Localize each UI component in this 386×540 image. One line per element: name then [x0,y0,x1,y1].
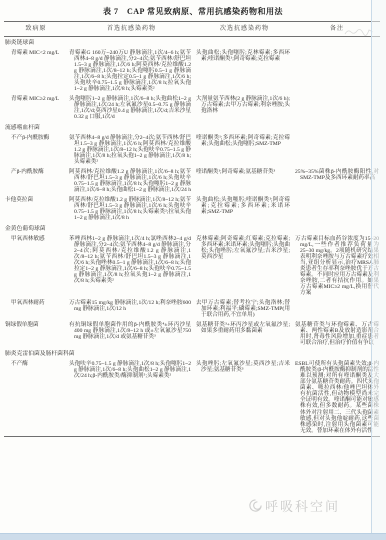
page-edge-shading [372,0,386,540]
first-choice-drugs: 苯唑西林1~2 g 静脉滴注,1次/4 h;氯唑西林2~4 g/d 静脉滴注,分… [68,234,195,298]
pathogen-group-name: 流感嗜血杆菌 [4,122,380,133]
remark-text: 25%~35%菌株β-内酰胺酶阳性,对SMZ-TMP及多西环素耐药率高 [294,167,380,195]
bottom-scan-bar [0,533,386,540]
second-choice-drugs: 去甲万古霉素;替考拉宁;头孢洛林;替加环素;利福平;磷霉素;SMZ-TMP(用于… [195,299,294,321]
table-row: 不产β-内酰胺酶氨苄西林4~8 g/d 静脉滴注,分2~4次;氨苄西林/舒巴坦1… [4,133,380,167]
watermark: 呼吸科空间 [248,496,340,515]
table-row: 不产酶头孢呋辛0.75~1.5 g 静脉滴注,1次/8 h;头孢噻肟1~2 g … [4,359,380,436]
second-choice-drugs: 大剂量氨苄西林(2 g 静脉滴注,1次/6 h);万古霉素;去甲万古霉素;利奈唑… [195,94,294,122]
pencil-scribble-decoration [344,24,374,42]
pathogen-name: 甲氧西林敏感 [4,234,68,298]
table-row: 青霉素 MIC<2 mg/L青霉素G 160万~240万U 静脉滴注,1次/4~… [4,48,380,94]
col-header-pathogen: 致病原 [4,22,68,37]
page-edge-line [371,0,372,540]
table-title: 表 7 CAP 常见致病原、常用抗感染药物和用法 [0,0,386,17]
second-choice-drugs: 头孢曲松;头孢噻肟;喹诺酮类¹;阿奇霉素;克拉霉素;多西环素;米诺环素;SMZ-… [195,195,294,223]
second-choice-drugs: 喹诺酮类¹;阿奇霉素;氨基糖苷类³ [195,167,294,195]
second-choice-drugs: 头孢唑肟;左氧氟沙星;莫西沙星;吉米沙星;氨基糖苷类³ [195,359,294,436]
second-choice-drugs: 喹诺酮类¹;多西环素;阿奇霉素;克拉霉素;头孢曲松;头孢噻肟;SMZ-TMP [195,133,294,167]
table-row: 卡他莫拉菌阿莫西林/克拉维酸1.2 g 静脉滴注,1次/8~12 h;氨苄西林/… [4,195,380,223]
remark-text [294,94,380,122]
first-choice-drugs: 氨苄西林4~8 g/d 静脉滴注,分2~4次;氨苄西林/舒巴坦1.5~3 g 静… [68,133,195,167]
second-choice-drugs: 克林霉素;阿奇霉素;红霉素;克拉霉素;多西环素;米诺环素;头孢噻肟;头孢曲松;头… [195,234,294,298]
first-choice-drugs: 万古霉素15 mg/kg 静脉滴注,1次/12 h;利奈唑胺600 mg 静脉滴… [68,299,195,321]
watermark-swirl-icon [248,498,263,513]
col-header-first-choice: 首选抗感染药物 [68,22,195,37]
pathogen-group-name: 肺炎链球菌 [4,37,380,49]
table-row: 流感嗜血杆菌 [4,122,380,133]
table-row: 甲氧西林耐药万古霉素15 mg/kg 静脉滴注,1次/12 h;利奈唑胺600 … [4,299,380,321]
first-choice-drugs: 阿莫西林/克拉维酸1.2 g 静脉滴注,1次/6~8 h;氨苄西林/舒巴坦1.5… [68,167,195,195]
pathogen-name: 铜绿假单胞菌 [4,320,68,348]
pathogen-name: 甲氧西林耐药 [4,299,68,321]
pathogen-name: 不产β-内酰胺酶 [4,133,68,167]
first-choice-drugs: 阿莫西林/克拉维酸1.2 g 静脉滴注,1次/8~12 h;氨苄西林/舒巴坦1.… [68,195,195,223]
second-choice-drugs: 氨基糖苷类³+环丙沙星或左氧氟沙星;如果多重耐药用多黏菌素 [195,320,294,348]
first-choice-drugs: 头孢噻肟1~2 g 静脉滴注,1次/6~8 h;头孢曲松1~2 g 静脉滴注,1… [68,94,195,122]
pathogen-group-name: 金黄色葡萄球菌 [4,223,380,234]
table-row: 甲氧西林敏感苯唑西林1~2 g 静脉滴注,1次/4 h;氯唑西林2~4 g/d … [4,234,380,298]
first-choice-drugs: 有抗铜绿假单胞菌作用的β-内酰胺类⁴±环丙沙星400 mg 静脉滴注,1次/8~… [68,320,195,348]
remark-text [294,195,380,223]
table-row: 产β-内酰胺酶阿莫西林/克拉维酸1.2 g 静脉滴注,1次/6~8 h;氨苄西林… [4,167,380,195]
remark-text [294,299,380,321]
first-choice-drugs: 青霉素G 160万~240万U 静脉滴注,1次/4~6 h;氨苄西林4~8 g/… [68,48,195,94]
remark-text [294,48,380,94]
pathogen-name: 卡他莫拉菌 [4,195,68,223]
table-row: 肺炎克雷伯菌及肠杆菌科菌 [4,348,380,359]
remark-text: 万古霉素目标血药谷浓度为15~20 mg/L,一些作者推荐负荷量为25~30 m… [294,234,380,298]
table-row: 金黄色葡萄球菌 [4,223,380,234]
header-row: 致病原 首选抗感染药物 次选抗感染药物 备注 [4,22,380,37]
table-row: 铜绿假单胞菌有抗铜绿假单胞菌作用的β-内酰胺类⁴±环丙沙星400 mg 静脉滴注… [4,320,380,348]
second-choice-drugs: 头孢曲松;头孢噻肟;克林霉素;多西环素;喹诺酮类¹;阿奇霉素;克拉霉素 [195,48,294,94]
pathogen-name: 青霉素 MIC<2 mg/L [4,48,68,94]
pathogen-name: 产β-内酰胺酶 [4,167,68,195]
table-body: 肺炎链球菌青霉素 MIC<2 mg/L青霉素G 160万~240万U 静脉滴注,… [4,37,380,437]
remark-text [294,133,380,167]
remark-text: ESBL可使所有头孢菌素失效;β-内酰胺类/β-内酰胺酶抑制剂的活性难以预测;对… [294,359,380,436]
table-row: 肺炎链球菌 [4,37,380,49]
pathogen-group-name: 肺炎克雷伯菌及肠杆菌科菌 [4,348,380,359]
remark-text: 氨基糖苷类与环孢霉素、万古霉素、两性霉素B及放射造影剂合用时,肾毒性风险增加,重… [294,320,380,348]
watermark-text: 呼吸科空间 [265,496,340,515]
scanned-page: 表 7 CAP 常见致病原、常用抗感染药物和用法 致病原 首选抗感染药物 次选抗… [0,0,386,540]
pathogen-name: 青霉素 MIC≥2 mg/L [4,94,68,122]
col-header-second-choice: 次选抗感染药物 [195,22,294,37]
cap-pathogen-table: 致病原 首选抗感染药物 次选抗感染药物 备注 肺炎链球菌青霉素 MIC<2 mg… [4,21,380,437]
pathogen-name: 不产酶 [4,359,68,436]
table-row: 青霉素 MIC≥2 mg/L头孢噻肟1~2 g 静脉滴注,1次/6~8 h;头孢… [4,94,380,122]
first-choice-drugs: 头孢呋辛0.75~1.5 g 静脉滴注,1次/8 h;头孢噻肟1~2 g 静脉滴… [68,359,195,436]
